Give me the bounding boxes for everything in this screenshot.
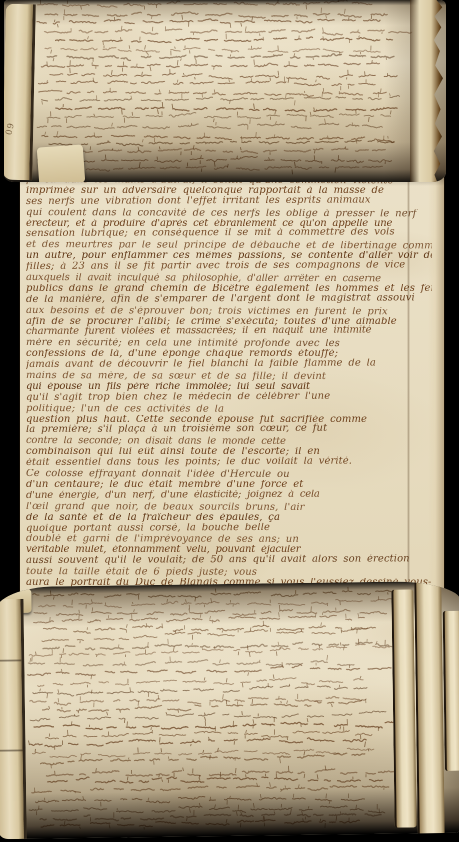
manuscript-line: filles; à 23 ans il se fit partir avec t… <box>26 260 432 273</box>
manuscript-line: et des meurtres par le seul principe de … <box>26 240 432 252</box>
bottom-roll-layer-edge-3 <box>443 611 459 771</box>
manuscript-line: qu'il s'agit trop bien chez le médecin d… <box>26 391 432 404</box>
bottom-roll <box>0 581 459 839</box>
manuscript-line: mains de sa mère, de sa sœur et de sa fi… <box>26 371 432 383</box>
manuscript-line: ses nerfs une vibration dont l'effet irr… <box>26 195 432 208</box>
manuscript-line: politique; l'un de ces activités de la <box>26 404 432 416</box>
manuscript-line: quoique portant aussi corsé, la bouche b… <box>26 522 432 535</box>
edge-number-label: 09 <box>4 121 17 136</box>
bottom-roll-left-edge <box>0 599 27 839</box>
manuscript-line: mère en sécurité; en cela une intimité p… <box>26 338 432 350</box>
top-roll: 09 <box>4 0 446 182</box>
manuscript-line: auxquels il avait inculqué sa philosophi… <box>26 273 432 285</box>
manuscript-line: sensation lubrique; en conséquence il se… <box>26 228 432 241</box>
manuscript-line: jamais avant de découvrir le fiel blanch… <box>26 358 432 371</box>
top-roll-left-edge: 09 <box>4 4 36 181</box>
scroll-photograph: plaisir dans les mains d'autrui, il sent… <box>0 0 459 842</box>
manuscript-line: toute la taille était de 6 pieds juste; … <box>26 567 432 579</box>
manuscript-line: doublé et garni de l'imprévoyance de ses… <box>26 534 432 546</box>
top-roll-end-cap <box>37 144 86 182</box>
manuscript-line: contre la seconde; on disait dans le mon… <box>26 436 432 448</box>
manuscript-line: charmante furent violées et massacrées; … <box>26 326 432 339</box>
bottom-roll-layer-edge-1 <box>391 589 416 827</box>
manuscript-line: était essentiel dans tous les points; le… <box>26 456 432 469</box>
manuscript-line: Ce colosse effrayant donnait l'idée d'He… <box>26 469 432 481</box>
manuscript-line: d'une énergie, d'un nerf, d'une élastici… <box>26 489 432 502</box>
manuscript-line: de la manière, afin de s'emparer de l'ar… <box>26 293 432 306</box>
edge-crease <box>0 659 21 662</box>
manuscript-text-block: plaisir dans les mains d'autrui, il sent… <box>26 175 432 618</box>
handwriting-texture-bottom <box>0 581 459 839</box>
edge-crease <box>0 749 23 752</box>
manuscript-line: la première; s'il plaça à un troisième s… <box>26 424 432 437</box>
manuscript-line: l'œil grand que noir, de beaux sourcils … <box>26 502 432 514</box>
sheet-right-edge <box>428 168 444 620</box>
manuscript-line: aussi souvent qu'il le voulait; de 50 an… <box>26 554 432 567</box>
paper-crease <box>407 168 410 620</box>
manuscript-line: qui coulent dans la concavité de ces ner… <box>26 208 432 220</box>
manuscript-line: aux besoins et de s'éprouver bon; trois … <box>26 306 432 318</box>
flat-manuscript-sheet: plaisir dans les mains d'autrui, il sent… <box>20 168 444 620</box>
bottom-roll-layer-edge-2 <box>414 581 445 835</box>
